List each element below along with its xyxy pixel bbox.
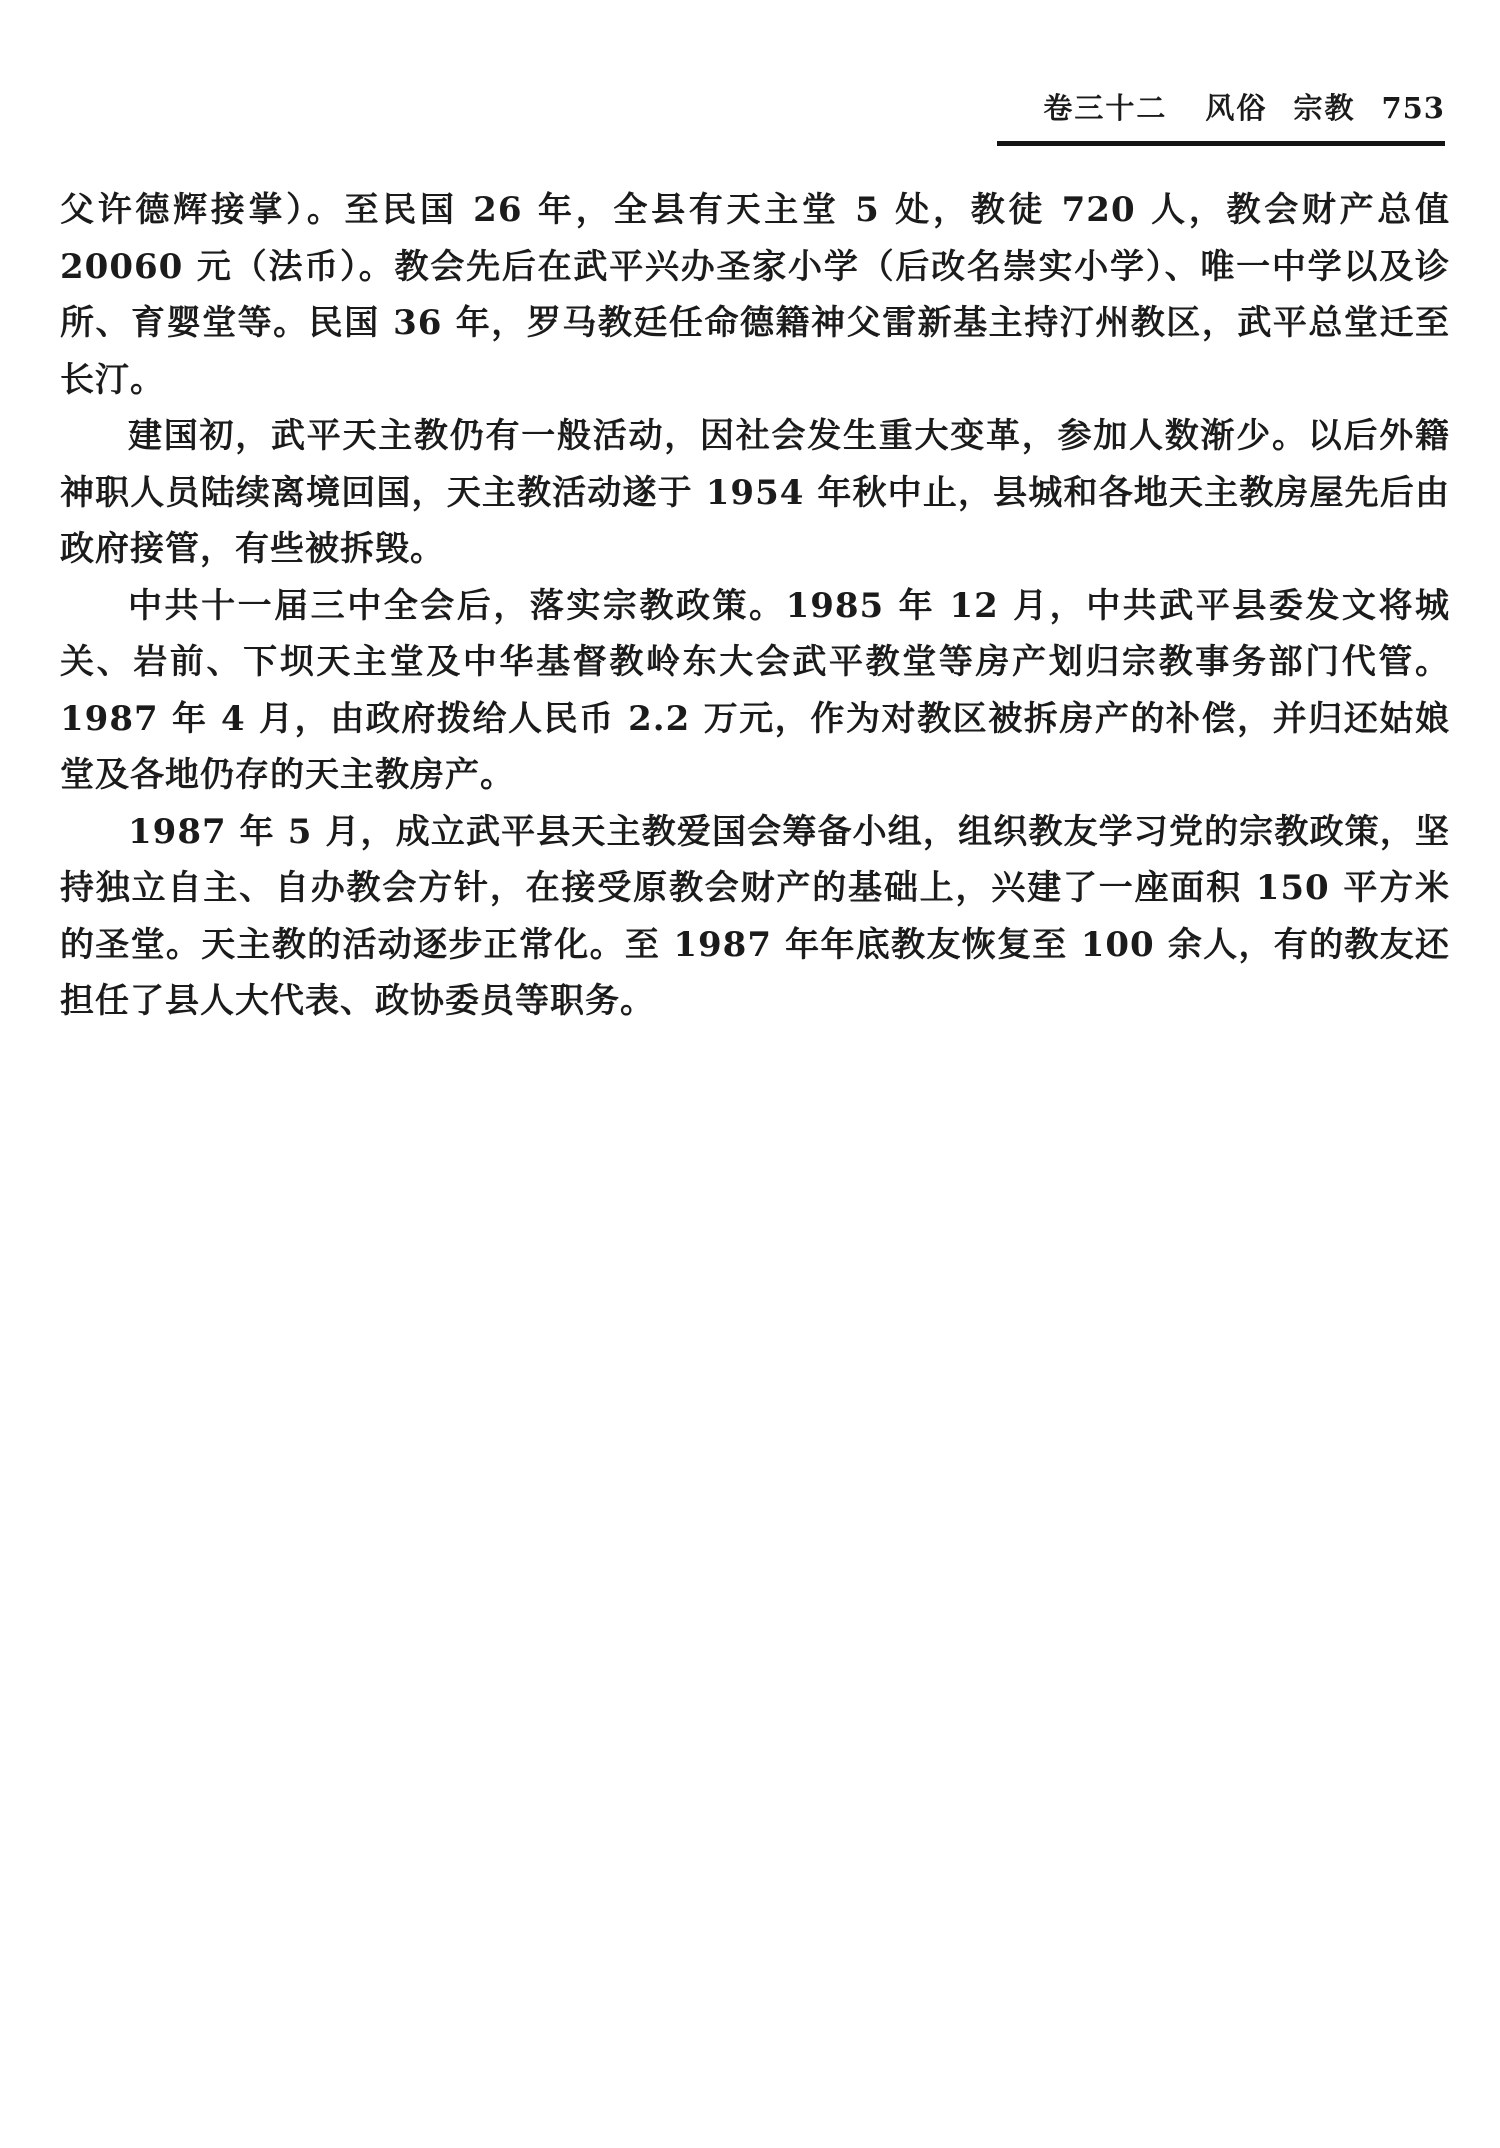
page-header: 卷三十二风俗宗教753 <box>997 86 1445 146</box>
header-rule <box>997 141 1445 146</box>
section-label-religion: 宗教 <box>1293 91 1355 125</box>
paragraph-policy-restoration: 中共十一届三中全会后，落实宗教政策。1985 年 12 月，中共武平县委发文将城… <box>60 578 1450 804</box>
section-label-customs: 风俗 <box>1205 91 1267 125</box>
body-text: 父许德辉接掌）。至民国 26 年，全县有天主堂 5 处，教徒 720 人，教会财… <box>60 182 1450 1030</box>
paragraph-continuation: 父许德辉接掌）。至民国 26 年，全县有天主堂 5 处，教徒 720 人，教会财… <box>60 182 1450 408</box>
running-head: 卷三十二风俗宗教753 <box>997 86 1445 127</box>
volume-label: 卷三十二 <box>1043 91 1167 125</box>
paragraph-early-prc: 建国初，武平天主教仍有一般活动，因社会发生重大变革，参加人数渐少。以后外籍神职人… <box>60 408 1450 578</box>
paragraph-patriotic-association: 1987 年 5 月，成立武平县天主教爱国会筹备小组，组织教友学习党的宗教政策，… <box>60 804 1450 1030</box>
page-number: 753 <box>1381 91 1445 125</box>
document-page: 卷三十二风俗宗教753 父许德辉接掌）。至民国 26 年，全县有天主堂 5 处，… <box>0 0 1500 2148</box>
